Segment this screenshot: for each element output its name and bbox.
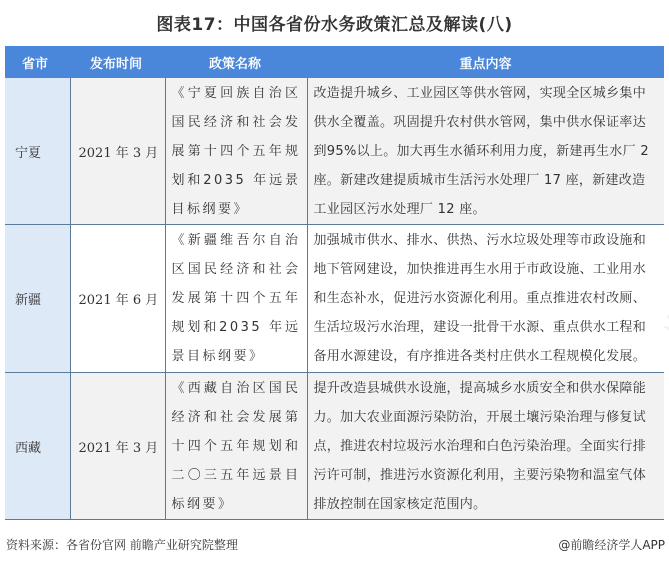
cell-date: 2021 年 3 月 <box>70 78 165 225</box>
data-source-note: 资料来源：各省份官网 前瞻产业研究院整理 <box>6 536 238 553</box>
cell-province: 宁夏 <box>5 78 70 225</box>
cell-date: 2021 年 6 月 <box>70 225 165 373</box>
chart-title: 图表17：中国各省份水务政策汇总及解读(八) <box>0 10 669 35</box>
table-row: 西藏 2021 年 3 月 《西藏自治区国民经济和社会发展第十四个五年规划和二〇… <box>5 373 664 520</box>
table-row: 宁夏 2021 年 3 月 《宁夏回族自治区国民经济和社会发展第十四个五年规划和… <box>5 78 664 225</box>
cell-date: 2021 年 3 月 <box>70 373 165 520</box>
header-policy-name: 政策名称 <box>165 46 307 78</box>
header-date: 发布时间 <box>70 46 165 78</box>
cell-province: 新疆 <box>5 225 70 373</box>
header-key-content: 重点内容 <box>307 46 664 78</box>
table-header-row: 省市 发布时间 政策名称 重点内容 <box>5 46 664 78</box>
brand-credit: @前瞻经济学人APP <box>558 536 665 553</box>
cell-policy-name: 《宁夏回族自治区国民经济和社会发展第十四个五年规划和2035 年远景目标纲要》 <box>165 78 307 225</box>
table-row: 新疆 2021 年 6 月 《新疆维吾尔自治区国民经济和社会发展第十四个五年规划… <box>5 225 664 373</box>
cell-key-content: 改造提升城乡、工业园区等供水管网，实现全区城乡集中供水全覆盖。巩固提升农村供水管… <box>307 78 664 225</box>
cell-policy-name: 《新疆维吾尔自治区国民经济和社会发展第十四个五年规划和2035 年远景目标纲要》 <box>165 225 307 373</box>
cell-policy-name: 《西藏自治区国民经济和社会发展第十四个五年规划和二〇三五年远景目标纲要》 <box>165 373 307 520</box>
header-province: 省市 <box>5 46 70 78</box>
policy-table-container: 省市 发布时间 政策名称 重点内容 宁夏 2021 年 3 月 《宁夏回族自治区… <box>5 46 664 520</box>
policy-table: 省市 发布时间 政策名称 重点内容 宁夏 2021 年 3 月 《宁夏回族自治区… <box>5 46 664 520</box>
cell-province: 西藏 <box>5 373 70 520</box>
cell-key-content: 加强城市供水、排水、供热、污水垃圾处理等市政设施和地下管网建设，加快推进再生水用… <box>307 225 664 373</box>
cell-key-content: 提升改造县城供水设施，提高城乡水质安全和供水保障能力。加大农业面源污染防治，开展… <box>307 373 664 520</box>
